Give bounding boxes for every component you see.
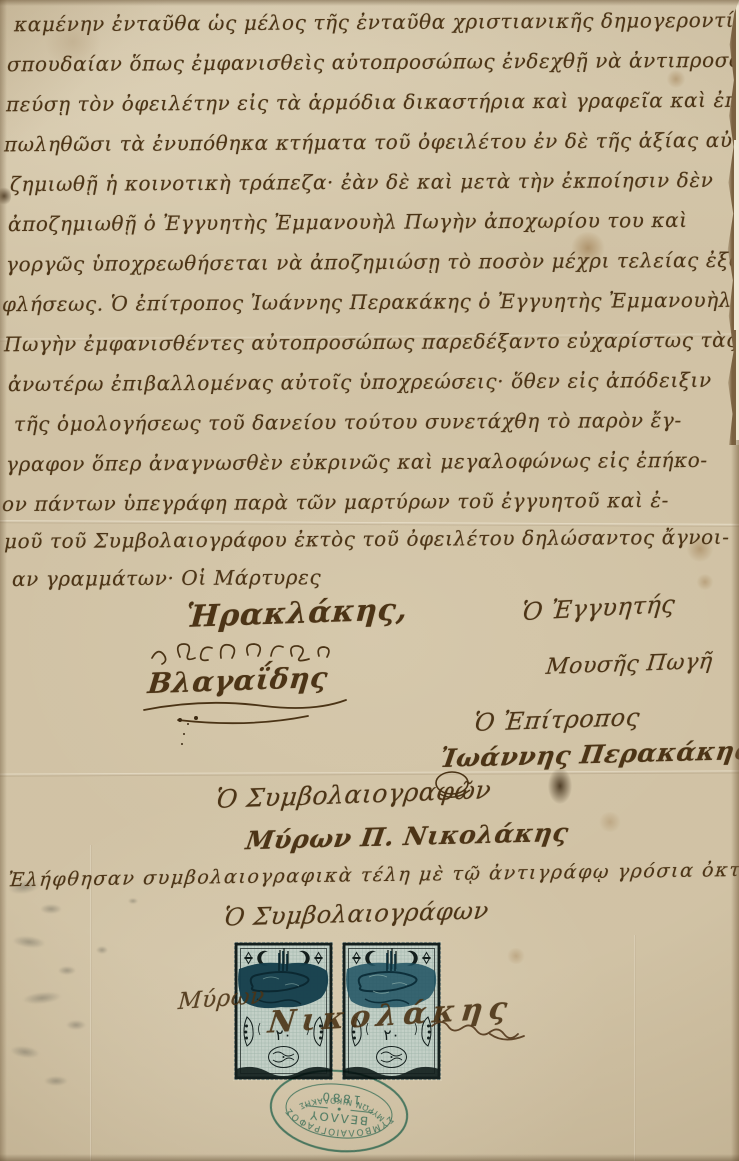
- ink-smudge: [40, 904, 62, 914]
- ink-smudge: [66, 1020, 86, 1030]
- notary-paraph: [430, 768, 474, 802]
- ink-smudge: [128, 898, 138, 904]
- paper-stain: [696, 574, 714, 590]
- paper-stain: [598, 812, 622, 832]
- witness-signature-1: Ἡρακλάκης,: [185, 592, 409, 635]
- manuscript-line: σπουδαίαν ὅπως ἐμφανισθεὶς αὐτοπροσώπως …: [7, 48, 739, 77]
- manuscript-line: πεύσῃ τὸν ὀφειλέτην εἰς τὰ ἁρμόδια δικασ…: [6, 88, 739, 117]
- witness-signature-3: Βλαγαΐδης: [146, 661, 329, 700]
- fold-crease: [0, 770, 739, 776]
- guarantor-signature: Μουσῆς Πωγῆ: [545, 649, 714, 680]
- manuscript-line: πωληθῶσι τὰ ἐνυπόθηκα κτήματα τοῦ ὀφειλέ…: [4, 128, 739, 157]
- fold-crease-vertical: [634, 935, 636, 1161]
- seal-year-text: 1880: [319, 1089, 362, 1107]
- fee-line: Ἐλήφθησαν συμβολαιογραφικὰ τέλη μὲ τῷ ἀν…: [7, 859, 739, 892]
- ink-smudge: [96, 946, 108, 954]
- manuscript-line: ἀποζημιωθῇ ὁ Ἐγγυητὴς Ἐμμανουὴλ Πωγὴν ἀπ…: [8, 208, 688, 236]
- manuscript-line: Πωγὴν ἐμφανισθέντες αὐτοπροσώπως παρεδέξ…: [4, 328, 738, 356]
- ink-smudge: [9, 1044, 40, 1060]
- notary-heading: Ὁ Συμβολαιογράφων: [222, 896, 490, 931]
- paper-backing-sliver: [734, 140, 739, 330]
- manuscript-line: γραφον ὅπερ ἀναγνωσθὲν εὐκρινῶς καὶ μεγα…: [6, 448, 708, 476]
- manuscript-line: γοργῶς ὑποχρεωθήσεται νὰ ἀποζημιώσῃ τὸ π…: [6, 248, 739, 277]
- paper-edge: [0, 0, 7, 1161]
- manuscript-page: καμένην ἐνταῦθα ὡς μέλος τῆς ἐνταῦθα χρι…: [0, 0, 739, 1161]
- manuscript-line: μοῦ τοῦ Συμβολαιογράφου ἐκτὸς τοῦ ὀφειλέ…: [4, 525, 730, 553]
- manuscript-line: αν γραμμάτων· Οἱ Μάρτυρες: [12, 565, 321, 591]
- ink-smudge: [44, 1076, 68, 1086]
- paper-edge: [0, 0, 739, 6]
- ink-smudge: [11, 934, 46, 949]
- notary-signature: Μύρων Π. Νικολάκης: [244, 818, 571, 856]
- manuscript-line: καμένην ἐνταῦθα ὡς μέλος τῆς ἐνταῦθα χρι…: [14, 8, 739, 37]
- signature-flourish: [138, 696, 353, 726]
- manuscript-line: φλήσεως. Ὁ ἐπίτροπος Ἰωάννης Περακάκης ὁ…: [2, 288, 732, 316]
- manuscript-line: ον πάντων ὑπεγράφη παρὰ τῶν μαρτύρων τοῦ…: [2, 488, 669, 516]
- epitropos-signature: Ἰωάννης Περακάκης: [438, 736, 739, 773]
- epitropos-title: Ὁ Ἐπίτροπος: [473, 703, 642, 737]
- notary-seal: ΣΥΜΒΟΛΑΙΟΓΡΑΦΟΣ ΜΥΡΩΝ ΝΙΚΟΛΑΚΗΣ ΒΕΛΛΟΥ 1…: [259, 1056, 420, 1161]
- ink-smudge: [58, 966, 76, 975]
- ink-dots: [178, 718, 182, 722]
- manuscript-line: τῆς ὁμολογήσεως τοῦ δανείου τούτου συνετ…: [14, 408, 682, 436]
- fold-crease-vertical: [90, 845, 92, 1161]
- manuscript-line: ἀνωτέρω ἐπιβαλλομένας αὐτοῖς ὑποχρεώσεις…: [8, 368, 712, 396]
- paper-edge: [0, 1154, 739, 1161]
- ink-smudge: [21, 990, 62, 1006]
- guarantor-title: Ὁ Ἐγγυητής: [521, 590, 677, 626]
- ink-blot: [548, 768, 572, 804]
- paper-edge: [731, 440, 739, 1161]
- paper-stain: [666, 70, 686, 88]
- manuscript-line: ζημιωθῇ ἡ κοινοτικὴ τράπεζα· ἐὰν δὲ καὶ …: [10, 168, 714, 196]
- signature-tail-flourish: [430, 1012, 530, 1046]
- paper-stain: [506, 948, 526, 964]
